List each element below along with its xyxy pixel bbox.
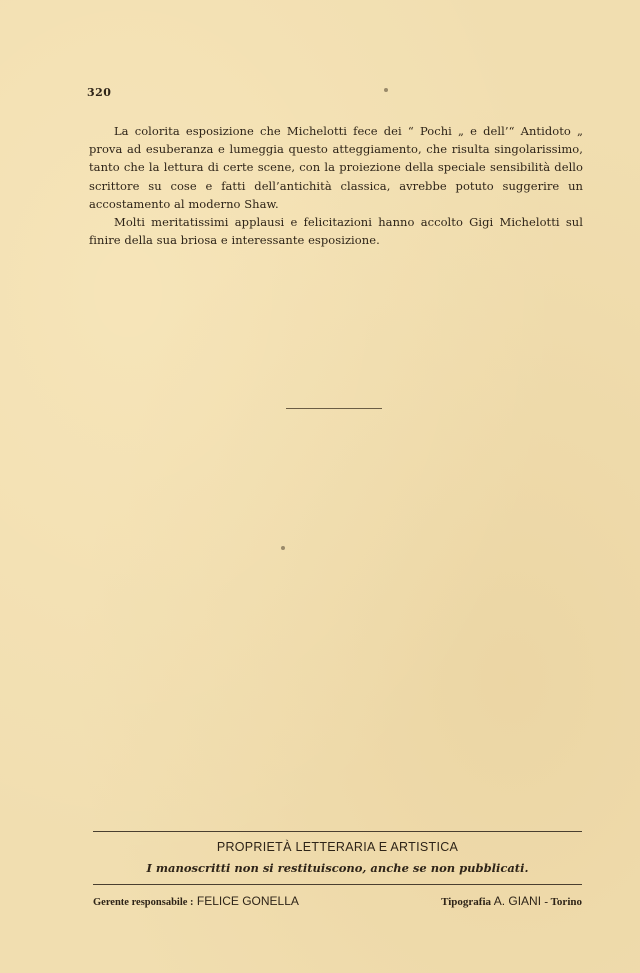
footer-note: I manoscritti non si restituiscono, anch… [93,861,582,875]
paragraph: Molti meritatissimi applausi e felicitaz… [89,213,583,249]
manager-name: FELICE GONELLA [197,894,299,908]
printer-label: Tipografia [441,896,491,908]
footer-title: PROPRIETÀ LETTERARIA E ARTISTICA [93,840,582,854]
section-divider [286,408,382,409]
printer-city: - Torino [544,896,582,908]
footer-rule-bottom [93,884,582,885]
paper-spot [281,546,285,550]
manager-label: Gerente responsabile : [93,897,194,908]
footer-manager: Gerente responsabile : FELICE GONELLA [93,894,299,908]
footer-rule-top [93,831,582,832]
body-text: La colorita esposizione che Michelotti f… [89,122,583,249]
paper-spot [384,88,388,92]
printer-name: A. GIANI [494,894,541,908]
page-number: 320 [87,86,111,99]
footer-printer: Tipografia A. GIANI - Torino [441,894,582,908]
paragraph: La colorita esposizione che Michelotti f… [89,122,583,213]
